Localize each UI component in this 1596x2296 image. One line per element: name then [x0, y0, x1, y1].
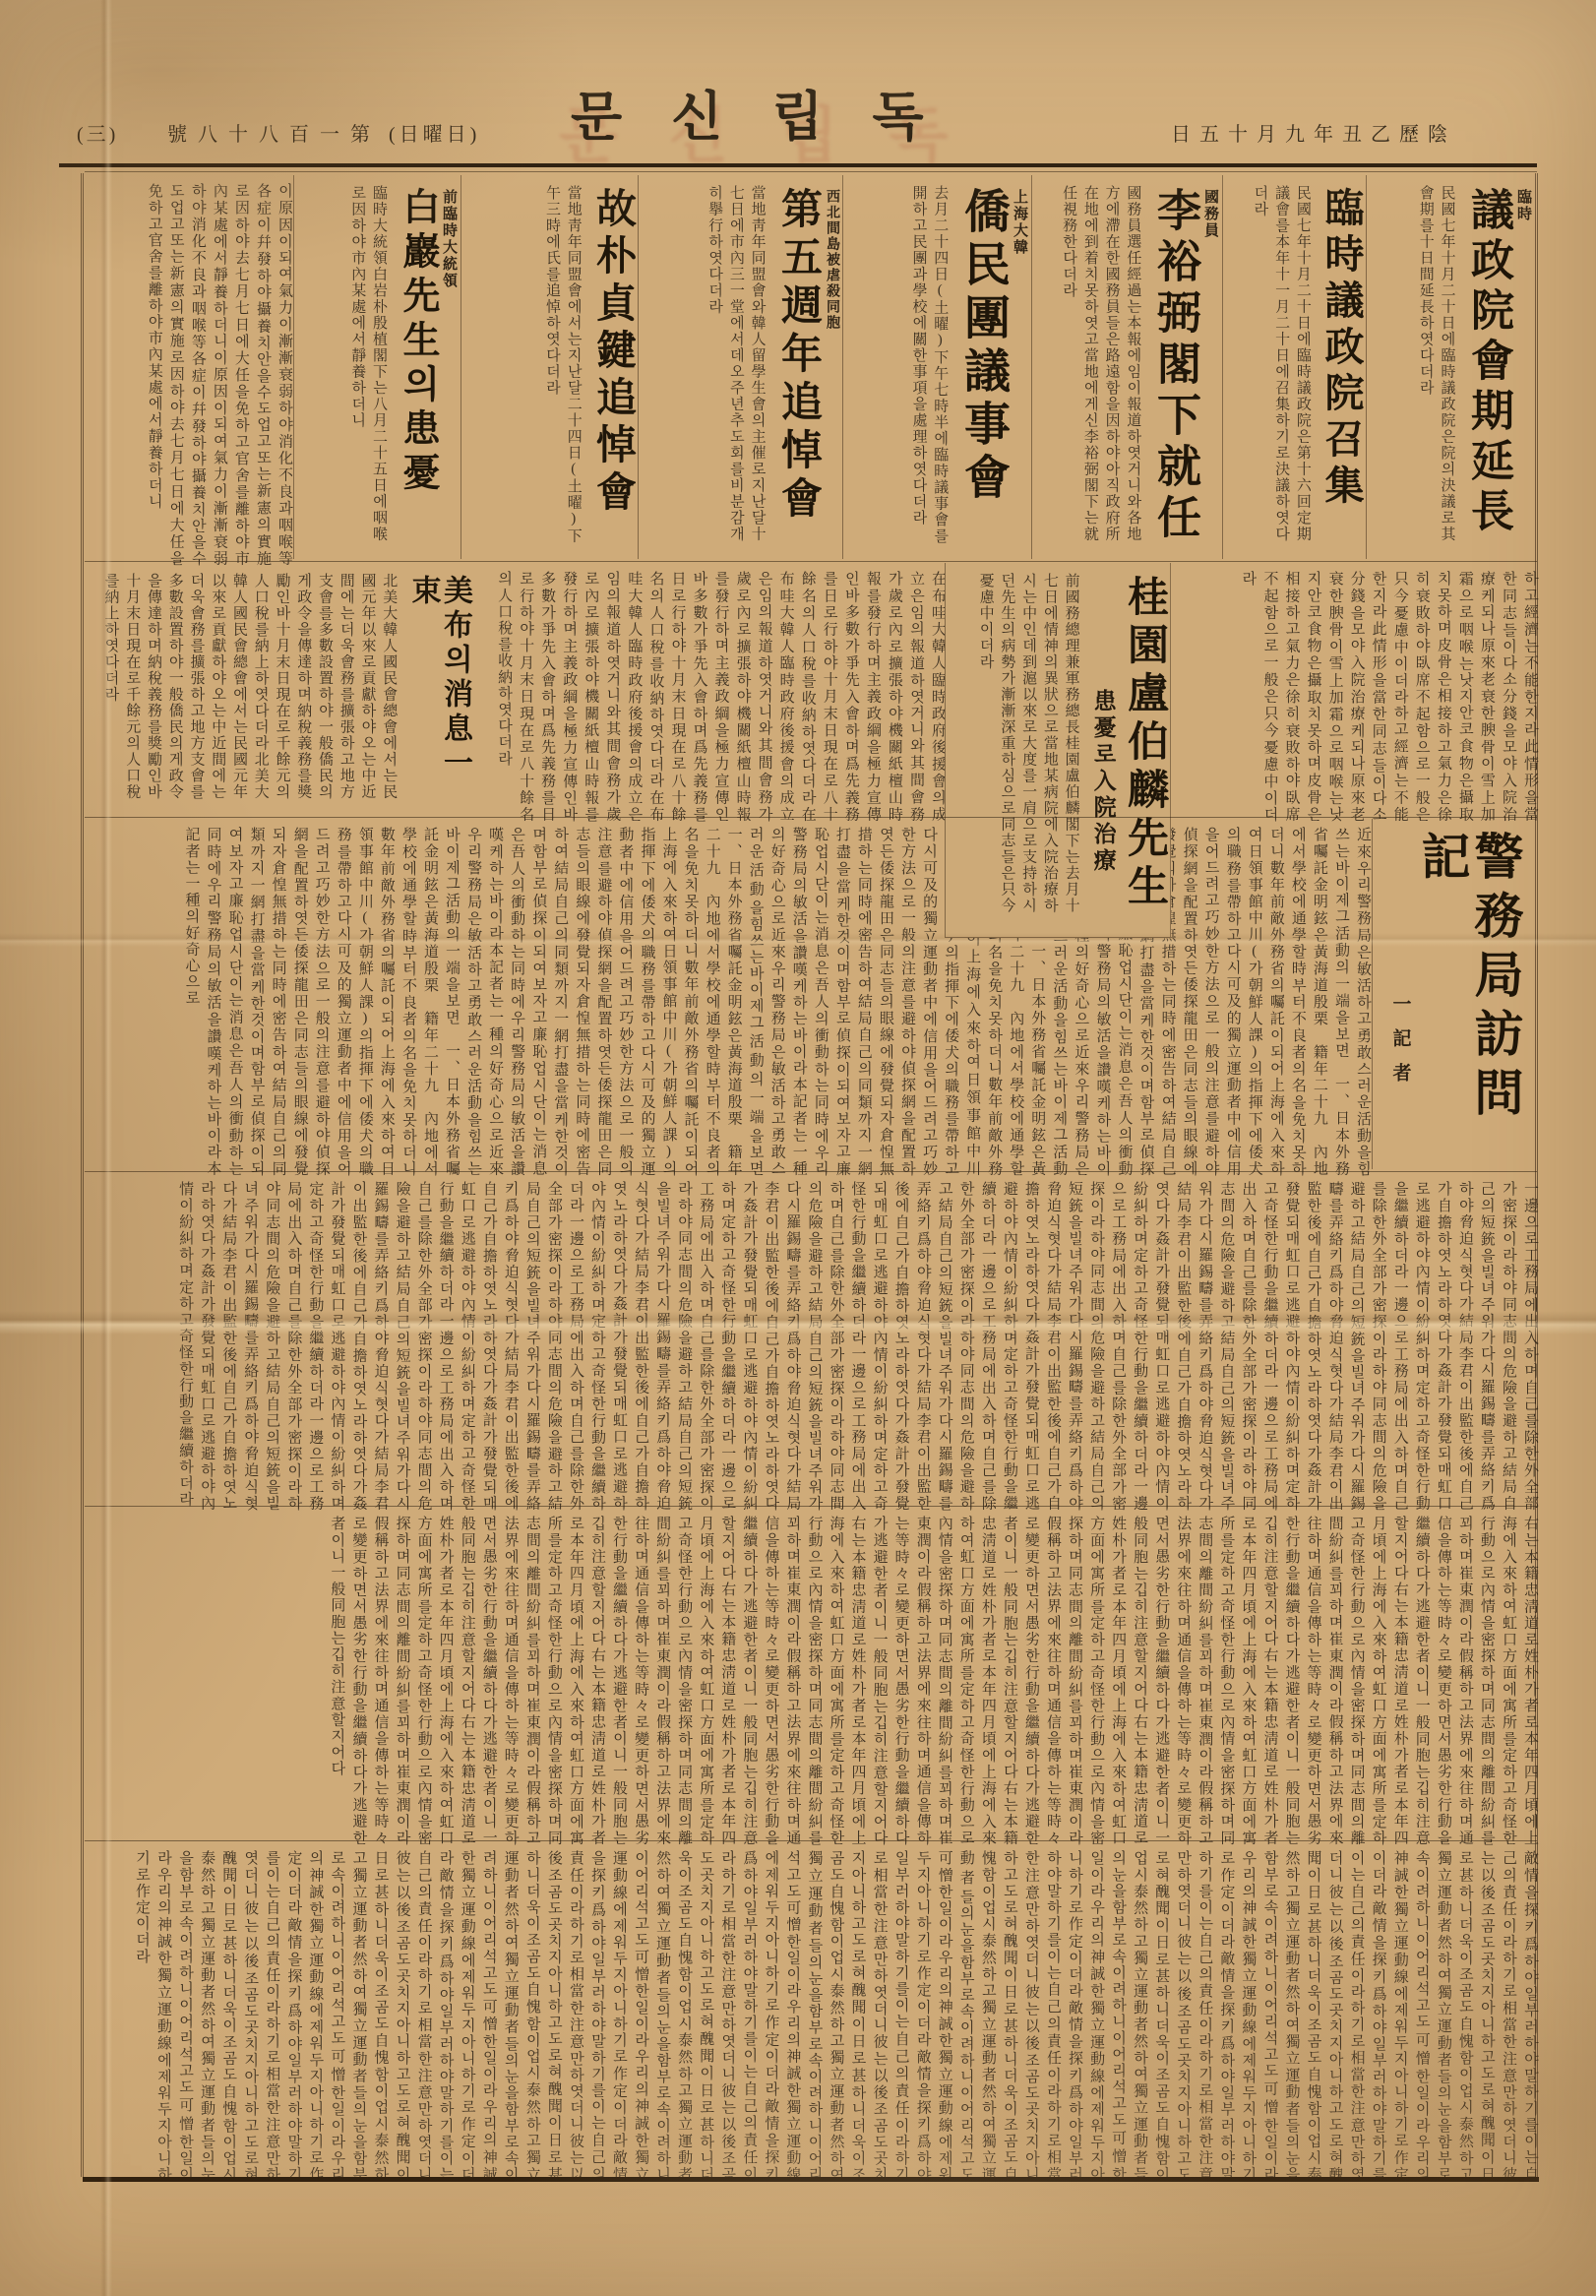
weekday-label: (日曜日) [389, 118, 480, 147]
top-rule-thick [59, 163, 1537, 167]
article-kicker: 臨時 [1513, 189, 1534, 222]
headline-block: 美布의消息一束 [402, 563, 474, 815]
article-body: 前國務總理兼軍務總長桂園盧伯麟閣下는去月十七日에情神의異狀으로當地某病院에入院治… [946, 563, 1085, 937]
article-subhead: 患憂로入院治療 [1087, 689, 1120, 875]
headline-block: 前臨時大統領 白巖先生의患憂 [393, 175, 461, 559]
article-headline: 故朴貞鍵追悼會 [591, 187, 635, 518]
article-body: 國務員選任經過는本報에임이報道하엿거니와各地方에滯在한國務員들은路遠함을因하야아… [1032, 175, 1146, 559]
article-headline: 臨時議政院召集 [1320, 187, 1363, 511]
top-rule-thin [85, 171, 1537, 172]
article-body: 民國七年十月二十日에臨時議政院은第十六回定期議會를本年十一月二十日에召集하기로決… [1223, 175, 1317, 559]
article-headline: 僑民團議事會 [957, 187, 1008, 506]
article-kicker: 前臨時大統領 [439, 189, 460, 289]
article-headline: 白巖先生의患憂 [397, 187, 437, 497]
page-number: (三) [77, 118, 118, 147]
newspaper-page: { "page": { "page_no": "(三)", "issue_no_… [0, 0, 1596, 2296]
article-memorial-5th: 西北間島被虐殺同胞 第五週年追悼會 當地靑年同盟會와韓人留學生會의主催로지난달十… [638, 175, 843, 559]
article-kicker: 國務員 [1200, 189, 1221, 239]
feature-headline: 警務局訪問記 [1416, 831, 1522, 1165]
article-baekam: 前臨時大統領 白巖先生의患憂 臨時大統領白岩朴殷植閣下는八月二十五日에咽喉로因하… [293, 175, 461, 559]
bottom-rule-thick [83, 2177, 1539, 2182]
article-kicker: 西北間島被虐殺同胞 [822, 189, 841, 331]
band-rule-4 [85, 1506, 1537, 1507]
article-kyomin-council: 上海大韓 僑民團議事會 去月二十四日(土曜)下午七時半에臨時議事會를開하고民團과… [842, 175, 1032, 559]
headline-block: 故朴貞鍵追悼會 [587, 175, 639, 559]
article-park-memorial: 故朴貞鍵追悼會 當地靑年同盟會에서는지난달二十四日(土曜)下午三時에氏를追悼하엿… [460, 175, 639, 559]
feature-body-band-4: 敵情을探키爲하야일부러하야말하기를이는自己의責任이라하기로相當한注意만하엿더니彼… [89, 1842, 1545, 2191]
article-headline: 李裕弼閣下就任 [1150, 187, 1198, 545]
band-rule-5 [85, 1840, 1537, 1841]
band-rule-3 [85, 1171, 1537, 1172]
article-body: 當地靑年同盟會와韓人留學生會의主催로지난달十七日에市內三一堂에서데오주년추도회를… [639, 175, 771, 559]
feature-byline: 一記者 [1387, 994, 1414, 1097]
headline-block: 臨時議政院召集 [1317, 175, 1367, 559]
article-headline: 第五週年追悼會 [775, 187, 820, 525]
article-headline: 桂園盧伯麟先生 [1122, 575, 1166, 912]
article-mibu: 美布의消息一束 北美大韓人國民會總會에서는民國元年以來로貢獻하야오는中近間에는더… [89, 563, 474, 815]
article-body: 民國七年十月二十日에臨時議政院은院의決議로其會期를十日間延長하엿다더라 [1367, 175, 1460, 559]
baekam-continuation-2: 하고經濟는不能한지라此情形을當한同志들이다소分錢을모야入院治療케되나原來老衰한腴… [1169, 563, 1545, 831]
article-body: 去月二十四日(土曜)下午七時半에臨時議事會를開하고民團과學校에關한事項을處理하엿… [843, 175, 953, 559]
article-assembly-convocation: 臨時議政院召集 民國七年十月二十日에臨時議政院은第十六回定期議會를本年十一月二十… [1222, 175, 1367, 559]
masthead-title: 문신립독 [571, 75, 973, 151]
band-rule-1 [85, 561, 1537, 562]
frame-right-rule [1535, 173, 1538, 2177]
header-bar: (三) 號八十八百一第 (日曜日) 문신립독 문신립독 日五十月九年丑乙歷陰 [59, 65, 1537, 163]
feature-body-band-1: 近來우리警務局은敏活하고勇敢스러운活動을힘쓰는바이제그活動의一端을보면 一、日本… [89, 819, 1378, 1185]
article-kyewon: 桂園盧伯麟先生 患憂로入院治療 前國務總理兼軍務總長桂園盧伯麟閣下는去月十七日에… [945, 563, 1171, 938]
feature-body-band-2: 一邊으로工務局에出入하며自己를除한外全部가密探이라하야同志間의危險을避하고結局自… [89, 1173, 1545, 1520]
article-assembly-extension: 臨時 議政院會期延長 民國七年十月二十日에臨時議政院은院의決議로其會期를十日間延… [1366, 175, 1536, 559]
baekam-continuation-columns: 이原因이되여氣力이漸漸衰弱하야消化不良과咽喉等各症이幷發하야攝養치안을수도업고또… [89, 175, 299, 575]
article-body: 臨時大統領白岩朴殷植閣下는八月二十五日에咽喉로因하야市內某處에서靜養하더니 [294, 175, 393, 559]
headline-block: 桂園盧伯麟先生 患憂로入院治療 [1085, 563, 1170, 937]
issue-number: 號八十八百一第 [167, 118, 381, 147]
headline-block: 上海大韓 僑民團議事會 [953, 175, 1032, 559]
date-label: 日五十月九年丑乙歷陰 [1171, 118, 1456, 147]
band-rule-2 [85, 817, 1537, 818]
article-headline: 美布의消息一束 [406, 575, 470, 811]
article-body: 當地靑年同盟會에서는지난달二十四日(土曜)下午三時에氏를追悼하엿다더라 [461, 175, 587, 559]
middle-continuation-columns: 在布哇大韓人臨時政府後援會의成立은임의報道하엿거니와其間會務가歲로內로擴張하야機… [474, 563, 952, 831]
article-body: 北美大韓人國民會總會에서는民國元年以來로貢獻하야오는中近間에는더욱會務를擴張하고… [89, 563, 402, 815]
article-feature-headline: 警務局訪問記 一記者 [1372, 819, 1538, 1169]
headline-block: 國務員 李裕弼閣下就任 [1146, 175, 1223, 559]
article-lee-yupil: 國務員 李裕弼閣下就任 國務員選任經過는本報에임이報道하엿거니와各地方에滯在한國… [1031, 175, 1223, 559]
article-headline: 議政院會期延長 [1464, 187, 1511, 538]
headline-block: 警務局訪問記 一記者 [1385, 819, 1526, 1169]
article-kicker: 上海大韓 [1010, 189, 1030, 256]
headline-block: 臨時 議政院會期延長 [1460, 175, 1536, 559]
frame-left-rule [81, 173, 84, 2177]
headline-block: 西北間島被虐殺同胞 第五週年追悼會 [771, 175, 843, 559]
feature-body-band-3: 右는本籍忠淸道로姓朴가者로本年四月頃에上海에入來하여虹口方面에寓所를定하고奇怪한… [89, 1508, 1545, 1854]
